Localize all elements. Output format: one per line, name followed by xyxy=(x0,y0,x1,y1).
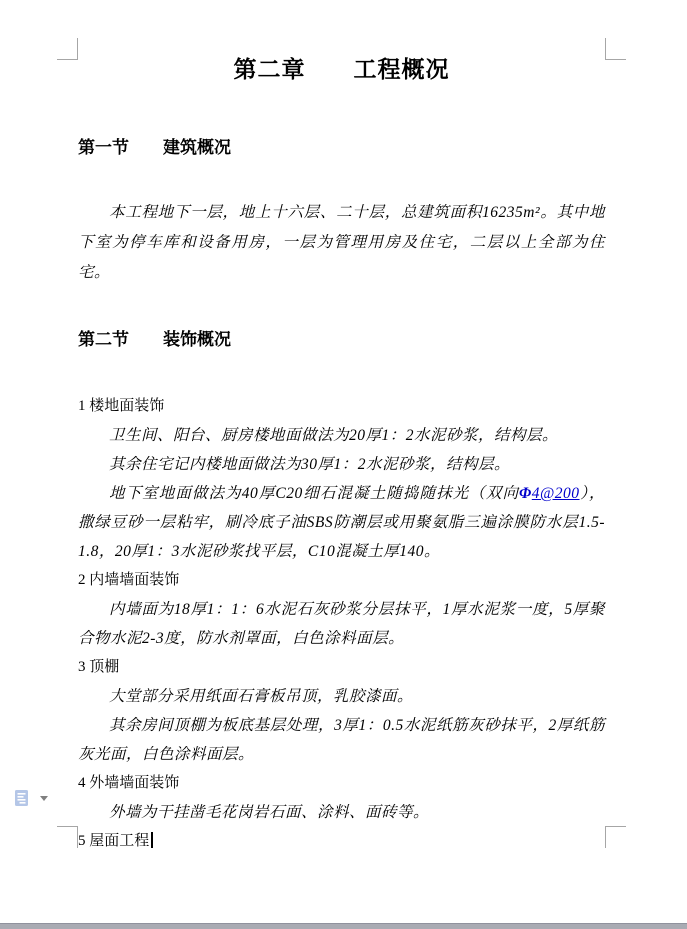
item-heading-roof: 5 屋面工程 xyxy=(78,827,605,856)
section-heading-building: 第一节 建筑概况 xyxy=(78,136,605,160)
ceiling-paragraph-1: 大堂部分采用纸面石膏板吊顶，乳胶漆面。 xyxy=(78,682,605,711)
chapter-title: 第二章 工程概况 xyxy=(78,54,605,84)
exterior-wall-paragraph: 外墙为干挂凿毛花岗岩石面、涂料、面砖等。 xyxy=(78,798,605,827)
autocorrect-options-button[interactable] xyxy=(13,789,48,807)
text-boundary-mark-top-right xyxy=(605,38,626,60)
floor-paragraph-1: 卫生间、阳台、厨房楼地面做法为20厚1：2水泥砂浆，结构层。 xyxy=(78,421,605,450)
item-heading-floor: 1 楼地面装饰 xyxy=(78,392,605,421)
item-heading-ceiling: 3 顶棚 xyxy=(78,653,605,682)
floor-paragraph-2: 其余住宅记内楼地面做法为30厚1：2水泥砂浆，结构层。 xyxy=(78,450,605,479)
text-boundary-mark-bottom-right xyxy=(605,826,626,848)
floor-paragraph-basement: 地下室地面做法为40厚C20细石混凝土随捣随抹光（双向Φ4@200），撒绿豆砂一… xyxy=(78,479,605,566)
autocorrect-document-icon xyxy=(13,789,31,807)
page-bottom-gap xyxy=(0,923,687,929)
item-heading-roof-label: 5 屋面工程 xyxy=(78,833,149,849)
rebar-spec-link[interactable]: Φ4@200 xyxy=(519,485,580,502)
basement-text-before: 地下室地面做法为40厚C20细石混凝土随捣随抹光（双向 xyxy=(109,485,519,502)
ceiling-paragraph-2: 其余房间顶棚为板底基层处理，3厚1：0.5水泥纸筋灰砂抹平，2厚纸筋灰光面，白色… xyxy=(78,711,605,769)
text-boundary-mark-top-left xyxy=(57,38,78,60)
text-boundary-mark-bottom-left xyxy=(57,826,78,848)
item-heading-exterior-wall: 4 外墙墙面装饰 xyxy=(78,769,605,798)
chevron-down-icon[interactable] xyxy=(40,796,48,801)
rebar-diameter-symbol: Φ xyxy=(519,485,532,502)
interior-wall-paragraph: 内墙面为18厚1：1：6水泥石灰砂浆分层抹平，1厚水泥浆一度，5厚聚合物水泥2-… xyxy=(78,595,605,653)
document-text-area: 第二章 工程概况 第一节 建筑概况 本工程地下一层，地上十六层、二十层，总建筑面… xyxy=(78,0,605,856)
item-heading-interior-wall: 2 内墙墙面装饰 xyxy=(78,566,605,595)
rebar-spacing-value: 4@200 xyxy=(532,485,580,502)
text-cursor xyxy=(151,832,153,848)
section-heading-decoration: 第二节 装饰概况 xyxy=(78,328,605,352)
document-page: 第二章 工程概况 第一节 建筑概况 本工程地下一层，地上十六层、二十层，总建筑面… xyxy=(0,0,687,929)
building-overview-paragraph: 本工程地下一层，地上十六层、二十层，总建筑面积16235m²。其中地下室为停车库… xyxy=(78,198,605,288)
decoration-items: 1 楼地面装饰 卫生间、阳台、厨房楼地面做法为20厚1：2水泥砂浆，结构层。 其… xyxy=(78,392,605,856)
